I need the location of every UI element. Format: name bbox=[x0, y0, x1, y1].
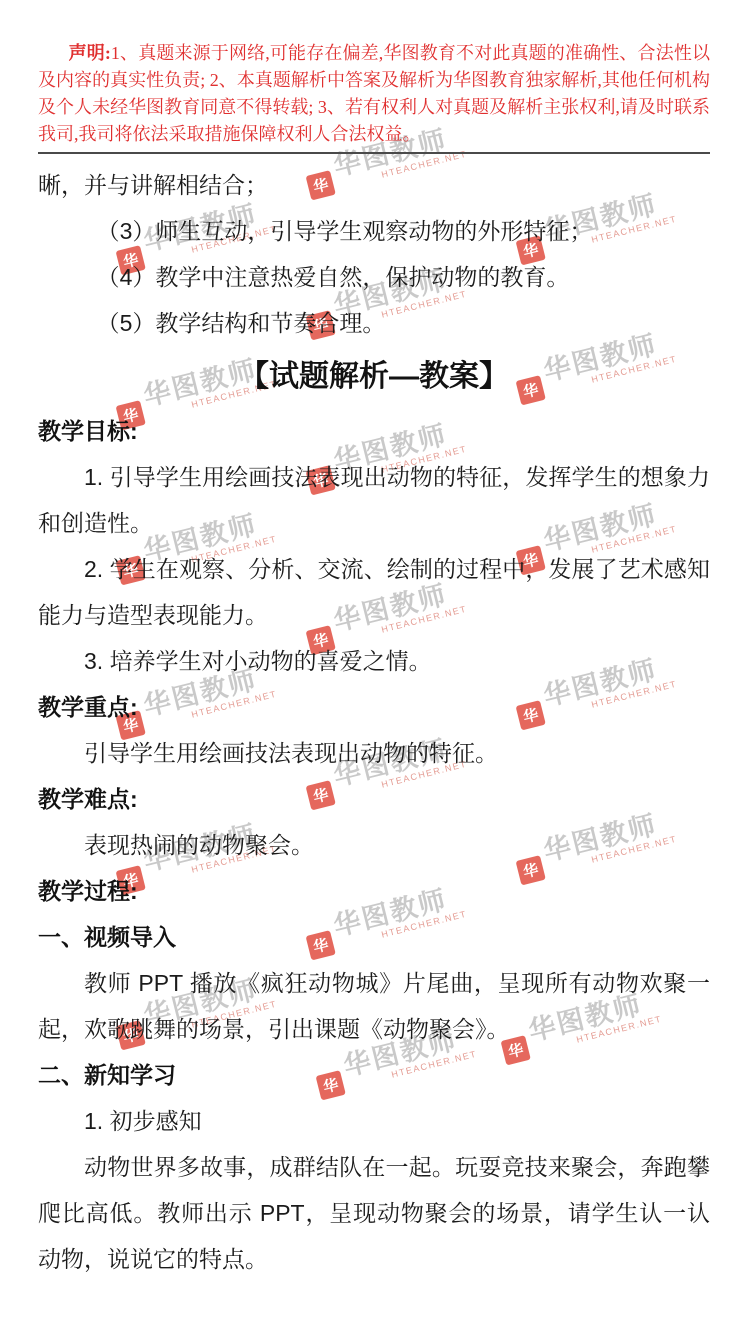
section-heading: 教学目标: bbox=[38, 408, 710, 454]
paragraph: （4）教学中注意热爱自然，保护动物的教育。 bbox=[38, 254, 710, 300]
paragraph: 2. 学生在观察、分析、交流、绘制的过程中，发展了艺术感知能力与造型表现能力。 bbox=[38, 546, 710, 638]
paragraph: 表现热闹的动物聚会。 bbox=[38, 822, 710, 868]
section-heading: 二、新知学习 bbox=[38, 1052, 710, 1098]
section-heading: 教学难点: bbox=[38, 776, 710, 822]
paragraph: 1. 引导学生用绘画技法表现出动物的特征，发挥学生的想象力和创造性。 bbox=[38, 454, 710, 546]
document-page: 华华图教师HTEACHER.NET华华图教师HTEACHER.NET华华图教师H… bbox=[0, 0, 748, 1335]
document-body: 晰，并与讲解相结合；（3）师生互动，引导学生观察动物的外形特征；（4）教学中注意… bbox=[38, 162, 710, 1282]
section-heading: 一、视频导入 bbox=[38, 914, 710, 960]
document-foreground: 声明:1、真题来源于网络,可能存在偏差,华图教育不对此真题的准确性、合法性以及内… bbox=[0, 40, 748, 1282]
paragraph: 1. 初步感知 bbox=[38, 1098, 710, 1144]
paragraph: （5）教学结构和节奏合理。 bbox=[38, 300, 710, 346]
paragraph: 动物世界多故事，成群结队在一起。玩耍竞技来聚会，奔跑攀爬比高低。教师出示 PPT… bbox=[38, 1144, 710, 1282]
disclaimer-label: 声明: bbox=[69, 43, 111, 63]
section-heading: 教学重点: bbox=[38, 684, 710, 730]
paragraph: （3）师生互动，引导学生观察动物的外形特征； bbox=[38, 208, 710, 254]
paragraph: 教师 PPT 播放《疯狂动物城》片尾曲，呈现所有动物欢聚一起，欢歌跳舞的场景，引… bbox=[38, 960, 710, 1052]
disclaimer: 声明:1、真题来源于网络,可能存在偏差,华图教育不对此真题的准确性、合法性以及内… bbox=[38, 40, 710, 148]
paragraph: 3. 培养学生对小动物的喜爱之情。 bbox=[38, 638, 710, 684]
document-title: 【试题解析—教案】 bbox=[38, 346, 710, 408]
section-heading: 教学过程: bbox=[38, 868, 710, 914]
paragraph: 引导学生用绘画技法表现出动物的特征。 bbox=[38, 730, 710, 776]
paragraph: 晰，并与讲解相结合； bbox=[38, 162, 710, 208]
disclaimer-text: 1、真题来源于网络,可能存在偏差,华图教育不对此真题的准确性、合法性以及内容的真… bbox=[38, 43, 710, 144]
section-divider bbox=[38, 152, 710, 154]
